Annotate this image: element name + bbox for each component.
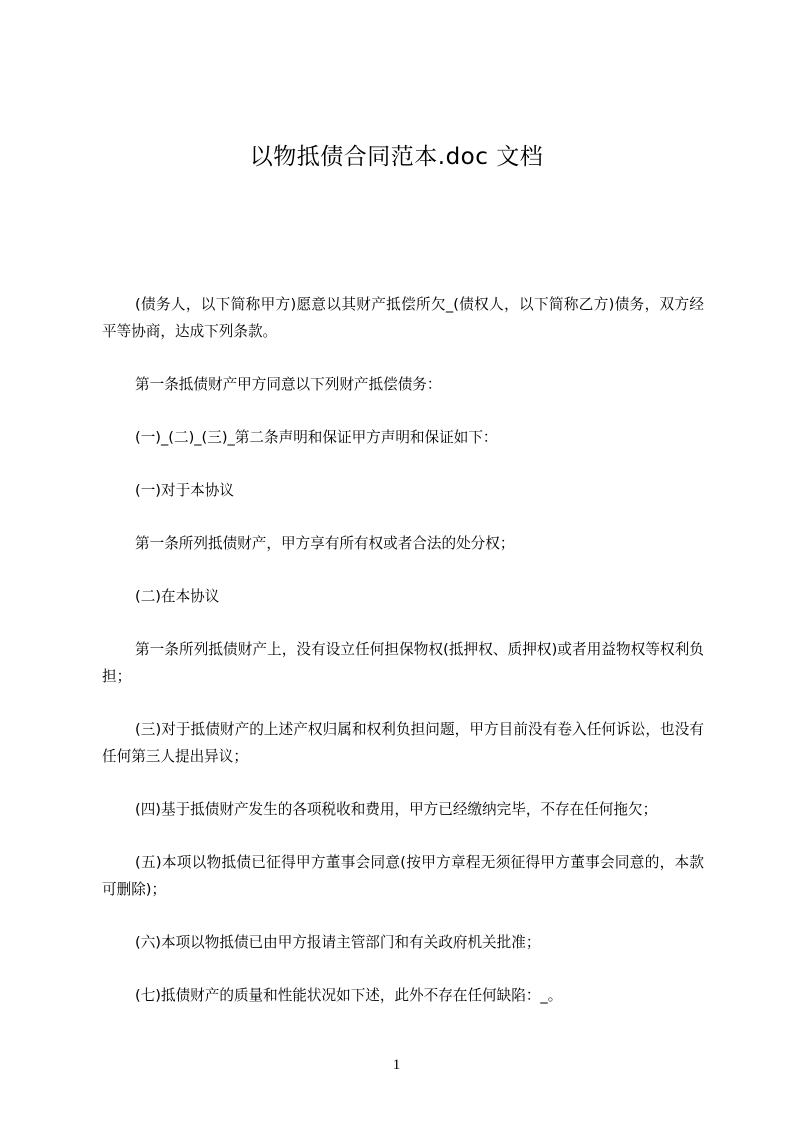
paragraph-clause-5: (五)本项以物抵债已征得甲方董事会同意(按甲方章程无须征得甲方董事会同意的，本款… [102,849,704,903]
paragraph-article-2: (一)_(二)_(三)_第二条声明和保证甲方声明和保证如下： [102,424,704,451]
paragraph-clause-3: (三)对于抵债财产的上述产权归属和权利负担问题，甲方目前没有卷入任何诉讼，也没有… [102,716,704,770]
paragraph-clause-6: (六)本项以物抵债已由甲方报请主管部门和有关政府机关批准； [102,929,704,956]
paragraph-article-1: 第一条抵债财产甲方同意以下列财产抵偿债务： [102,371,704,398]
document-title: 以物抵债合同范本.doc 文档 [0,141,793,173]
paragraph-clause-2: (二)在本协议 [102,583,704,610]
paragraph-clause-4: (四)基于抵债财产发生的各项税收和费用，甲方已经缴纳完毕，不存在任何拖欠； [102,796,704,823]
paragraph-clause-2-detail: 第一条所列抵债财产上，没有设立任何担保物权(抵押权、质押权)或者用益物权等权利负… [102,636,704,690]
paragraph-clause-1: (一)对于本协议 [102,477,704,504]
document-page: 以物抵债合同范本.doc 文档 (债务人，以下简称甲方)愿意以其财产抵偿所欠_(… [0,0,793,1122]
page-number: 1 [0,1055,793,1075]
document-body: (债务人，以下简称甲方)愿意以其财产抵偿所欠_(债权人，以下简称乙方)债务，双方… [102,291,704,1035]
paragraph-clause-7: (七)抵债财产的质量和性能状况如下述，此外不存在任何缺陷：_。 [102,982,704,1009]
paragraph-preamble: (债务人，以下简称甲方)愿意以其财产抵偿所欠_(债权人，以下简称乙方)债务，双方… [102,291,704,345]
paragraph-clause-1-detail: 第一条所列抵债财产，甲方享有所有权或者合法的处分权； [102,530,704,557]
